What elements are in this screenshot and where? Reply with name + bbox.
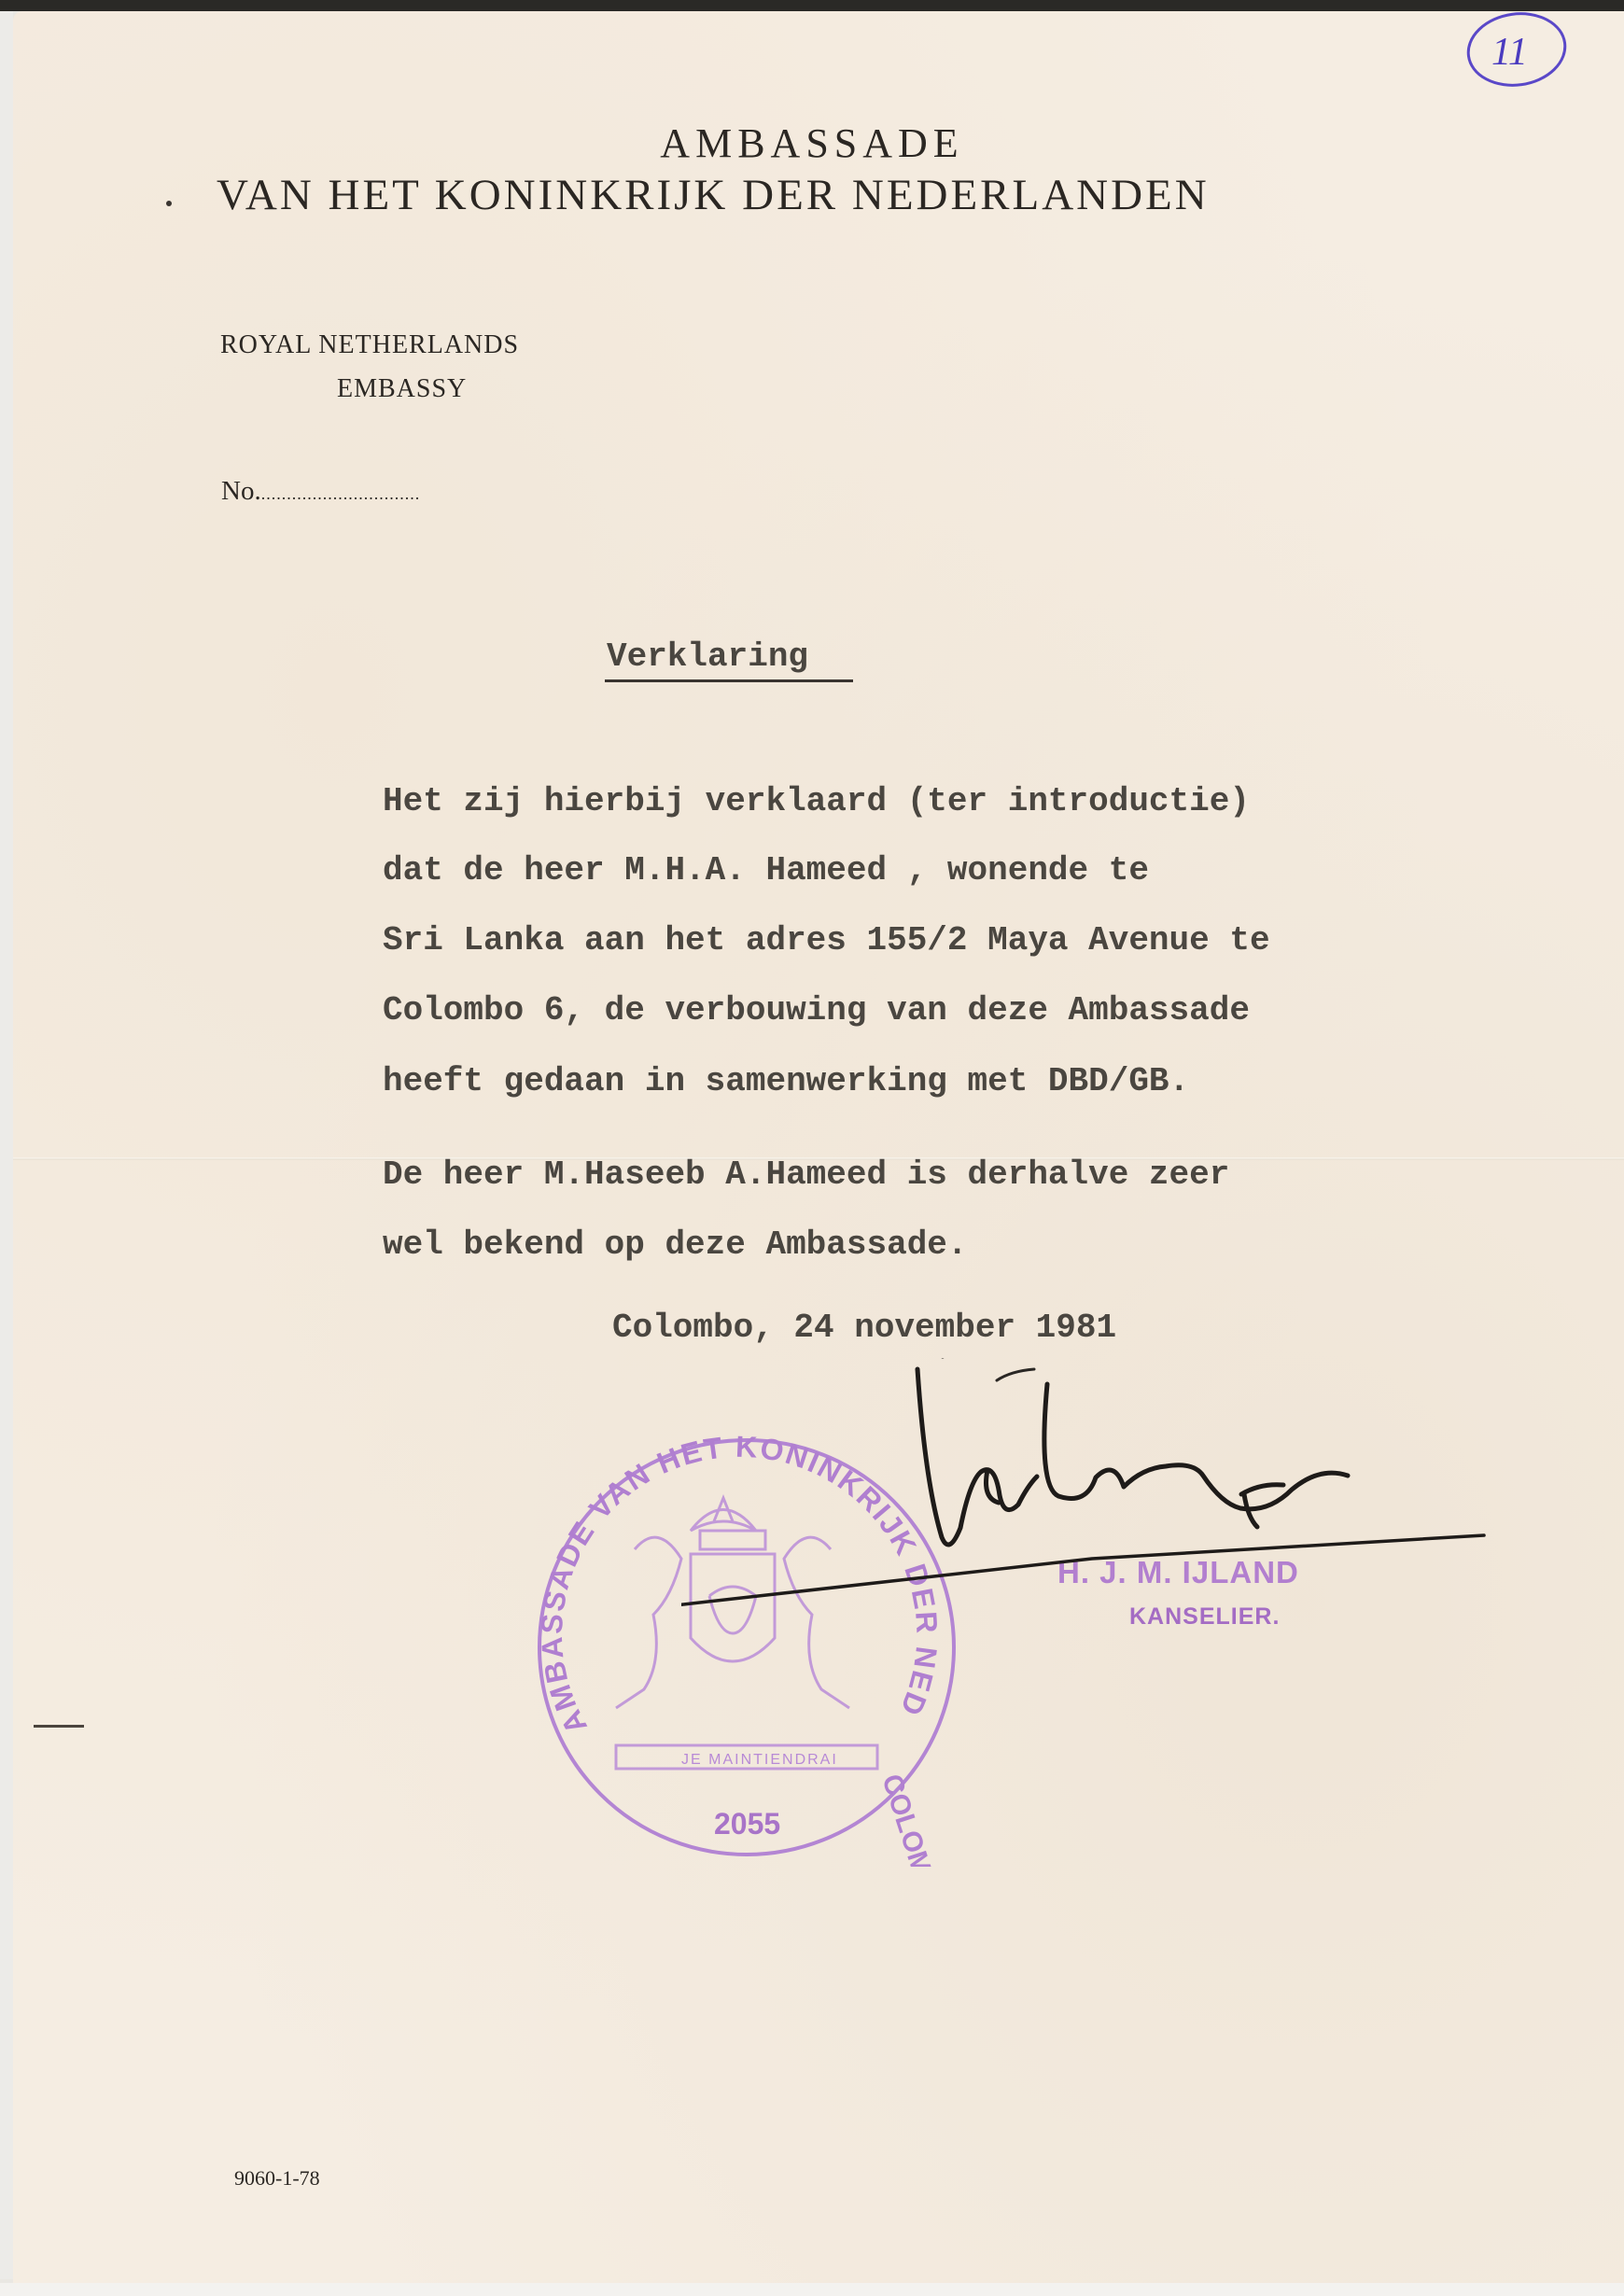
body-line: Colombo 6, de verbouwing van deze Ambass… bbox=[383, 991, 1250, 1029]
body-line: Het zij hierbij verklaard (ter introduct… bbox=[383, 782, 1250, 820]
letterhead-english-line2: EMBASSY bbox=[337, 374, 467, 404]
page-number: 11 bbox=[1491, 30, 1528, 75]
handwritten-signature bbox=[681, 1358, 1521, 1657]
body-line: Sri Lanka aan het adres 155/2 Maya Avenu… bbox=[383, 921, 1270, 959]
body-line: heeft gedaan in samenwerking met DBD/GB. bbox=[383, 1062, 1189, 1100]
letterhead-subtitle: VAN HET KONINKRIJK DER NEDERLANDEN bbox=[217, 170, 1210, 220]
body-line: De heer M.Haseeb A.Hameed is derhalve ze… bbox=[383, 1155, 1229, 1194]
letterhead-title: AMBASSADE bbox=[0, 119, 1624, 167]
pen-tick-mark bbox=[989, 1358, 1064, 1395]
reference-label: No. bbox=[221, 476, 261, 506]
document-heading: Verklaring bbox=[607, 637, 808, 676]
dateline: Colombo, 24 november 1981 bbox=[612, 1309, 1116, 1347]
reference-dots: ............................... bbox=[261, 484, 421, 503]
svg-text:JE MAINTIENDRAI: JE MAINTIENDRAI bbox=[681, 1752, 838, 1768]
scan-top-edge bbox=[0, 0, 1624, 11]
svg-text:COLOMBO: COLOMBO bbox=[875, 1771, 950, 1867]
letterhead-english-line1: ROYAL NETHERLANDS bbox=[220, 330, 519, 360]
svg-text:2055: 2055 bbox=[714, 1807, 780, 1841]
form-number: 9060-1-78 bbox=[234, 2166, 320, 2191]
fold-margin-mark bbox=[34, 1725, 84, 1728]
reference-number-field: No................................ bbox=[221, 476, 420, 507]
scan-left-edge bbox=[0, 11, 13, 2279]
letterhead-dot bbox=[166, 201, 172, 206]
body-line: dat de heer M.H.A. Hameed , wonende te bbox=[383, 851, 1149, 889]
scan-bottom-edge bbox=[0, 2283, 1624, 2296]
heading-underline bbox=[605, 679, 853, 682]
body-line: wel bekend op deze Ambassade. bbox=[383, 1225, 968, 1264]
